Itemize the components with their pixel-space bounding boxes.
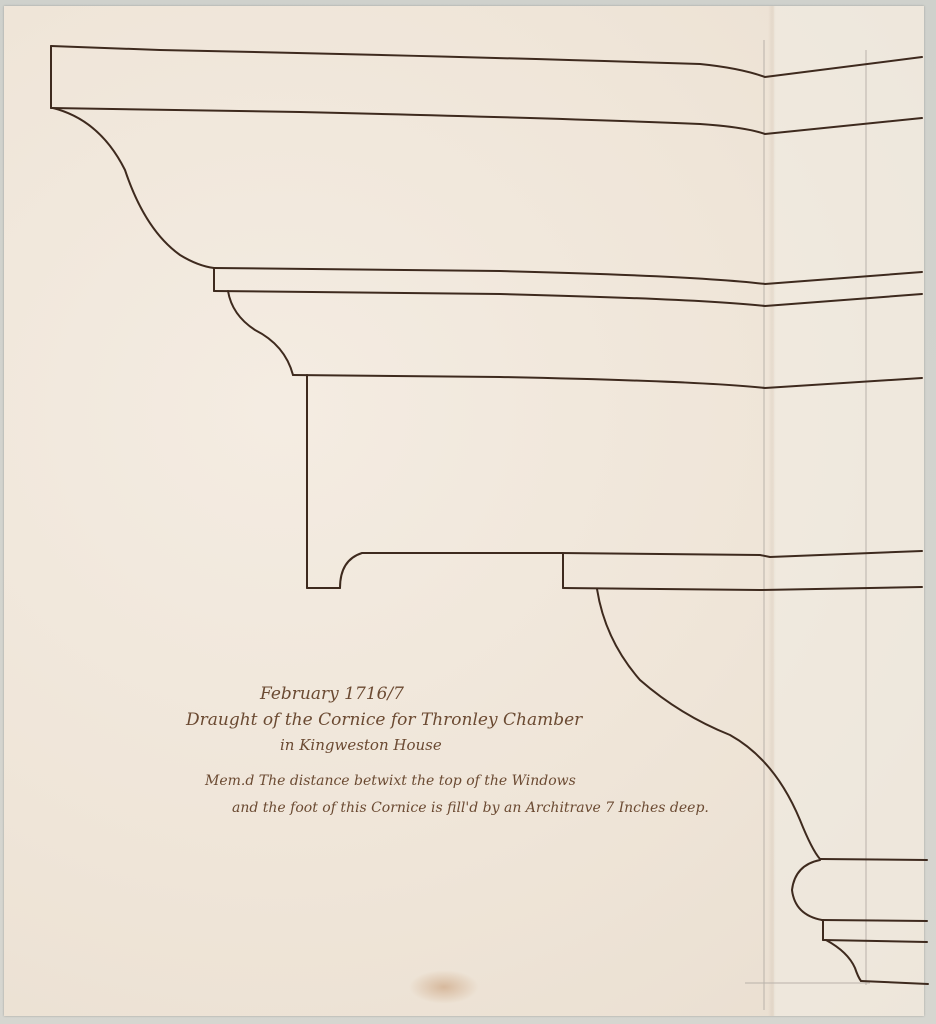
fillet-band (214, 268, 922, 306)
torus-moulding (792, 859, 928, 984)
corona-band (51, 46, 922, 134)
cornice-profile-drawing (0, 0, 936, 1024)
ovolo-curve (228, 291, 293, 375)
frieze-block (293, 375, 922, 588)
drawing-location: in Kingweston House (280, 736, 442, 754)
lower-cyma-curve (597, 589, 820, 859)
architrave-band (560, 551, 922, 590)
cyma-recta-curve (53, 108, 214, 268)
memo-line-2: and the foot of this Cornice is fill'd b… (232, 800, 709, 816)
memo-line-1: Mem.d The distance betwixt the top of th… (205, 773, 576, 789)
drawing-date: February 1716/7 (260, 684, 404, 704)
drawing-title: Draught of the Cornice for Thronley Cham… (186, 710, 582, 730)
